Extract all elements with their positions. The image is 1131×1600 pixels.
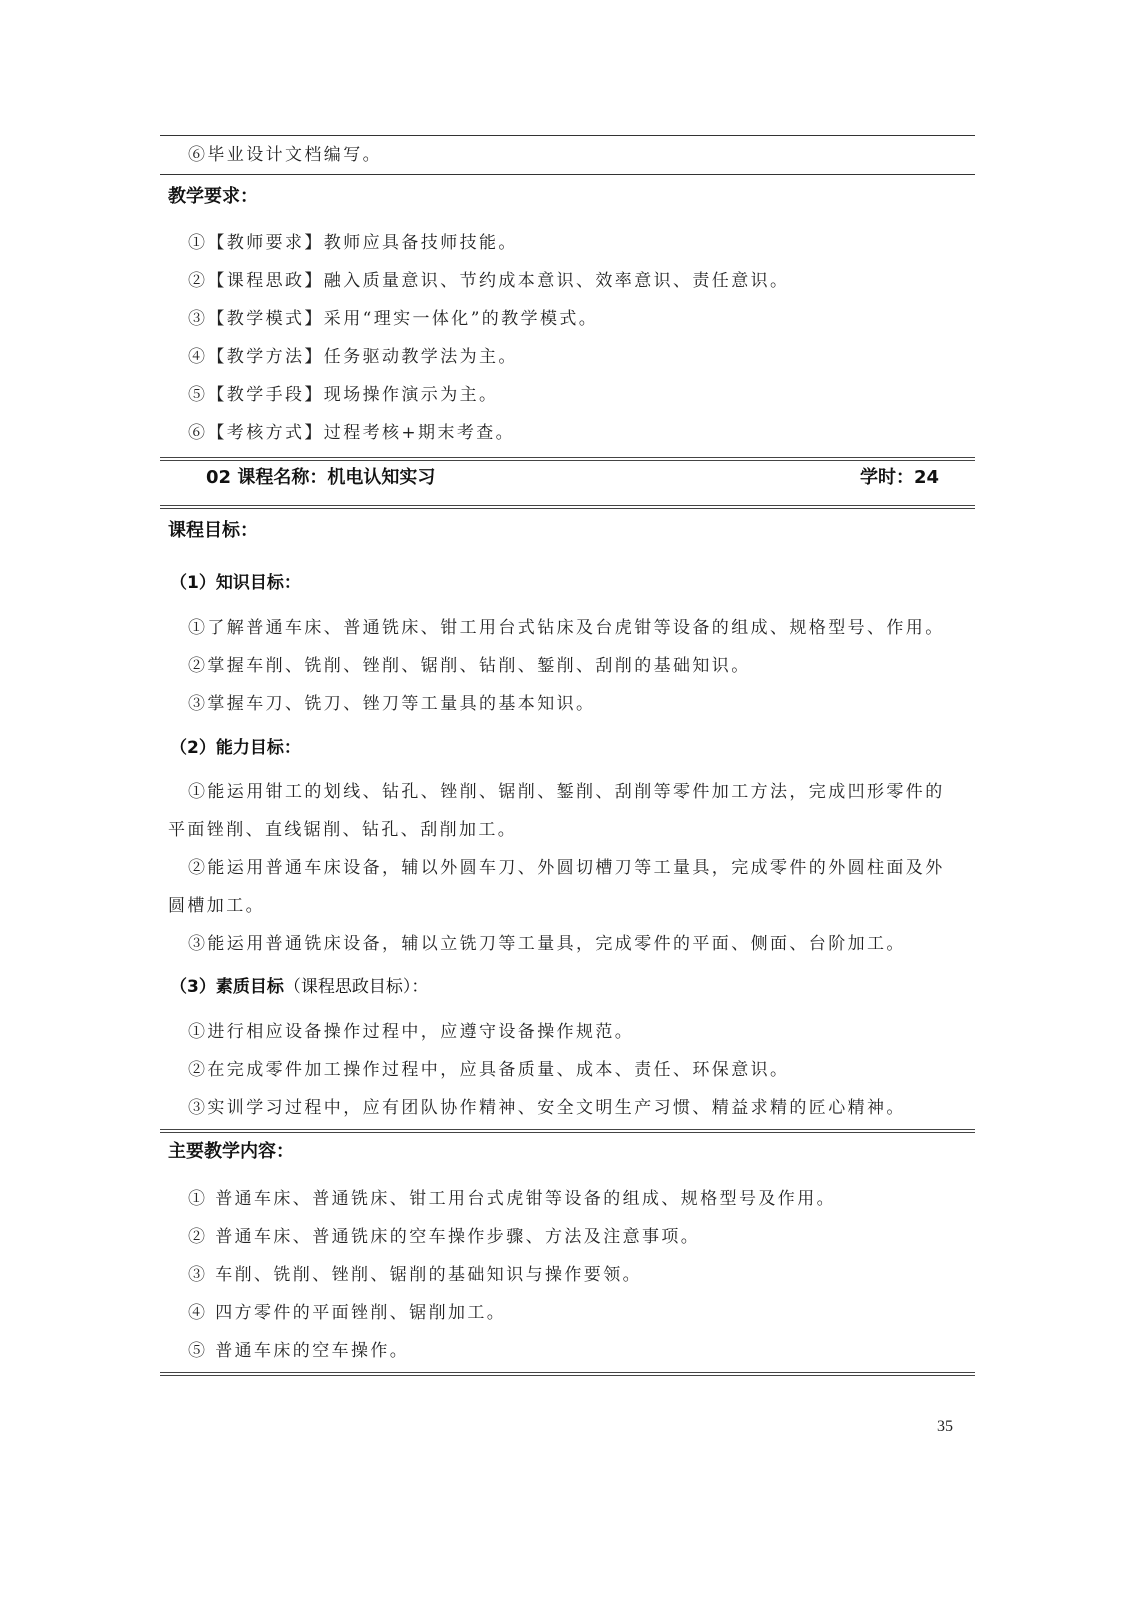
requirement-item: ①【教师要求】教师应具备技师技能。	[188, 228, 518, 253]
quality-item: ①进行相应设备操作过程中，应遵守设备操作规范。	[188, 1017, 634, 1042]
requirement-item: ②【课程思政】融入质量意识、节约成本意识、效率意识、责任意识。	[188, 266, 789, 291]
requirement-item: ⑤【教学手段】现场操作演示为主。	[188, 380, 498, 405]
divider-rule	[160, 174, 975, 175]
quality-label-note: （课程思政目标）：	[284, 977, 429, 997]
ability-item: ①能运用钳工的划线、钻孔、锉削、锯削、錾削、刮削等零件加工方法，完成凹形零件的	[188, 777, 945, 802]
knowledge-item: ③掌握车刀、铣刀、锉刀等工量具的基本知识。	[188, 689, 595, 714]
quality-objectives-label: （3）素质目标（课程思政目标）：	[170, 972, 428, 997]
ability-item-cont: 平面锉削、直线锯削、钻孔、刮削加工。	[168, 815, 517, 840]
course-bottom-rule	[160, 505, 975, 514]
objectives-heading: 课程目标：	[168, 516, 258, 542]
knowledge-objectives-label: （1）知识目标：	[170, 568, 301, 593]
content-item: ④ 四方零件的平面锉削、锯削加工。	[188, 1298, 506, 1323]
page-number: 35	[937, 1418, 953, 1436]
quality-item: ③实训学习过程中，应有团队协作精神、安全文明生产习惯、精益求精的匠心精神。	[188, 1093, 906, 1118]
prev-course-item-6: ⑥毕业设计文档编写。	[188, 140, 382, 165]
main-content-heading: 主要教学内容：	[168, 1137, 294, 1163]
content-item: ⑤ 普通车床的空车操作。	[188, 1336, 409, 1361]
ability-objectives-label: （2）能力目标：	[170, 733, 301, 758]
knowledge-item: ①了解普通车床、普通铣床、钳工用台式钻床及台虎钳等设备的组成、规格型号、作用。	[188, 613, 945, 638]
top-rule	[160, 135, 975, 136]
ability-item-cont: 圆槽加工。	[168, 891, 265, 916]
teaching-requirements-heading: 教学要求：	[168, 182, 258, 208]
requirement-item: ⑥【考核方式】过程考核+期末考查。	[188, 418, 515, 443]
requirement-item: ④【教学方法】任务驱动教学法为主。	[188, 342, 518, 367]
quality-item: ②在完成零件加工操作过程中，应具备质量、成本、责任、环保意识。	[188, 1055, 789, 1080]
ability-item: ③能运用普通铣床设备，辅以立铣刀等工量具，完成零件的平面、侧面、台阶加工。	[188, 929, 906, 954]
knowledge-item: ②掌握车削、铣削、锉削、锯削、钻削、錾削、刮削的基础知识。	[188, 651, 751, 676]
requirement-item: ③【教学模式】采用“理实一体化”的教学模式。	[188, 304, 598, 329]
quality-label-text: （3）素质目标	[170, 977, 284, 997]
course-hours: 学时：24	[860, 463, 939, 489]
course-title: 02 课程名称：机电认知实习	[206, 463, 435, 489]
bottom-rule	[160, 1372, 975, 1381]
ability-item: ②能运用普通车床设备，辅以外圆车刀、外圆切槽刀等工量具，完成零件的外圆柱面及外	[188, 853, 945, 878]
content-item: ② 普通车床、普通铣床的空车操作步骤、方法及注意事项。	[188, 1222, 700, 1247]
content-item: ③ 车削、铣削、锉削、锯削的基础知识与操作要领。	[188, 1260, 642, 1285]
content-item: ① 普通车床、普通铣床、钳工用台式虎钳等设备的组成、规格型号及作用。	[188, 1184, 836, 1209]
